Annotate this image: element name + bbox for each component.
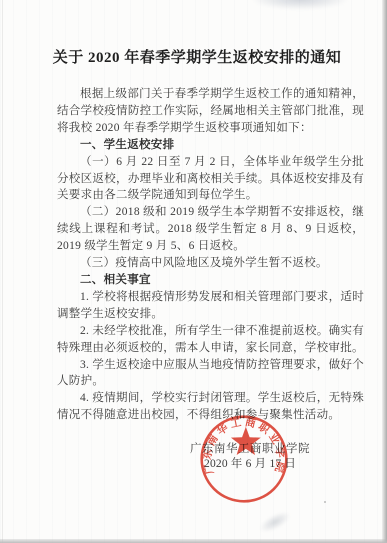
section-1-item-1: （一）6 月 22 日至 7 月 2 日，全体毕业年级学生分批分校区返校，办理毕…: [57, 154, 364, 205]
scanned-notice-page: { "colors": { "seal_red": "#dc3b2b", "bo…: [0, 0, 387, 543]
seal-circle: [202, 417, 287, 502]
scan-smudge-top: [250, 0, 350, 10]
section-2-item-1: 1. 学校将根据疫情形势发展和相关管理部门要求，适时调整学生返校安排。: [57, 289, 364, 323]
seal-star-icon: [231, 427, 261, 455]
section-2-heading: 二、相关事宜: [57, 272, 364, 289]
scan-edge-left: [2, 0, 3, 543]
notice-body: 根据上级部门关于春季学期学生返校工作的通知精神，结合学校疫情防控工作实际，经属地…: [57, 86, 364, 424]
section-2-item-2: 2. 未经学校批准，所有学生一律不准提前返校。确实有特殊理由必须返校的，需本人申…: [57, 323, 364, 357]
section-2-item-3: 3. 学生返校途中应服从当地疫情防控管理要求，做好个人防护。: [57, 357, 364, 391]
official-seal: 广东南华工商职业学院: [198, 413, 290, 505]
section-1-item-3: （三）疫情高中风险地区及境外学生暂不返校。: [57, 255, 364, 272]
intro-paragraph: 根据上级部门关于春季学期学生返校工作的通知精神，结合学校疫情防控工作实际，经属地…: [57, 86, 364, 137]
scan-smudge-bottom: [257, 508, 294, 536]
scan-edge-bottom: [0, 539, 387, 543]
section-1-item-2: （二）2018 级和 2019 级学生本学期暂不安排返校，继续线上课程和考试。2…: [57, 204, 364, 255]
section-1-heading: 一、学生返校安排: [57, 137, 364, 154]
scan-edge-right: [382, 0, 387, 543]
notice-title: 关于 2020 年春季学期学生返校安排的通知: [44, 46, 350, 67]
scan-speck: [324, 501, 326, 503]
